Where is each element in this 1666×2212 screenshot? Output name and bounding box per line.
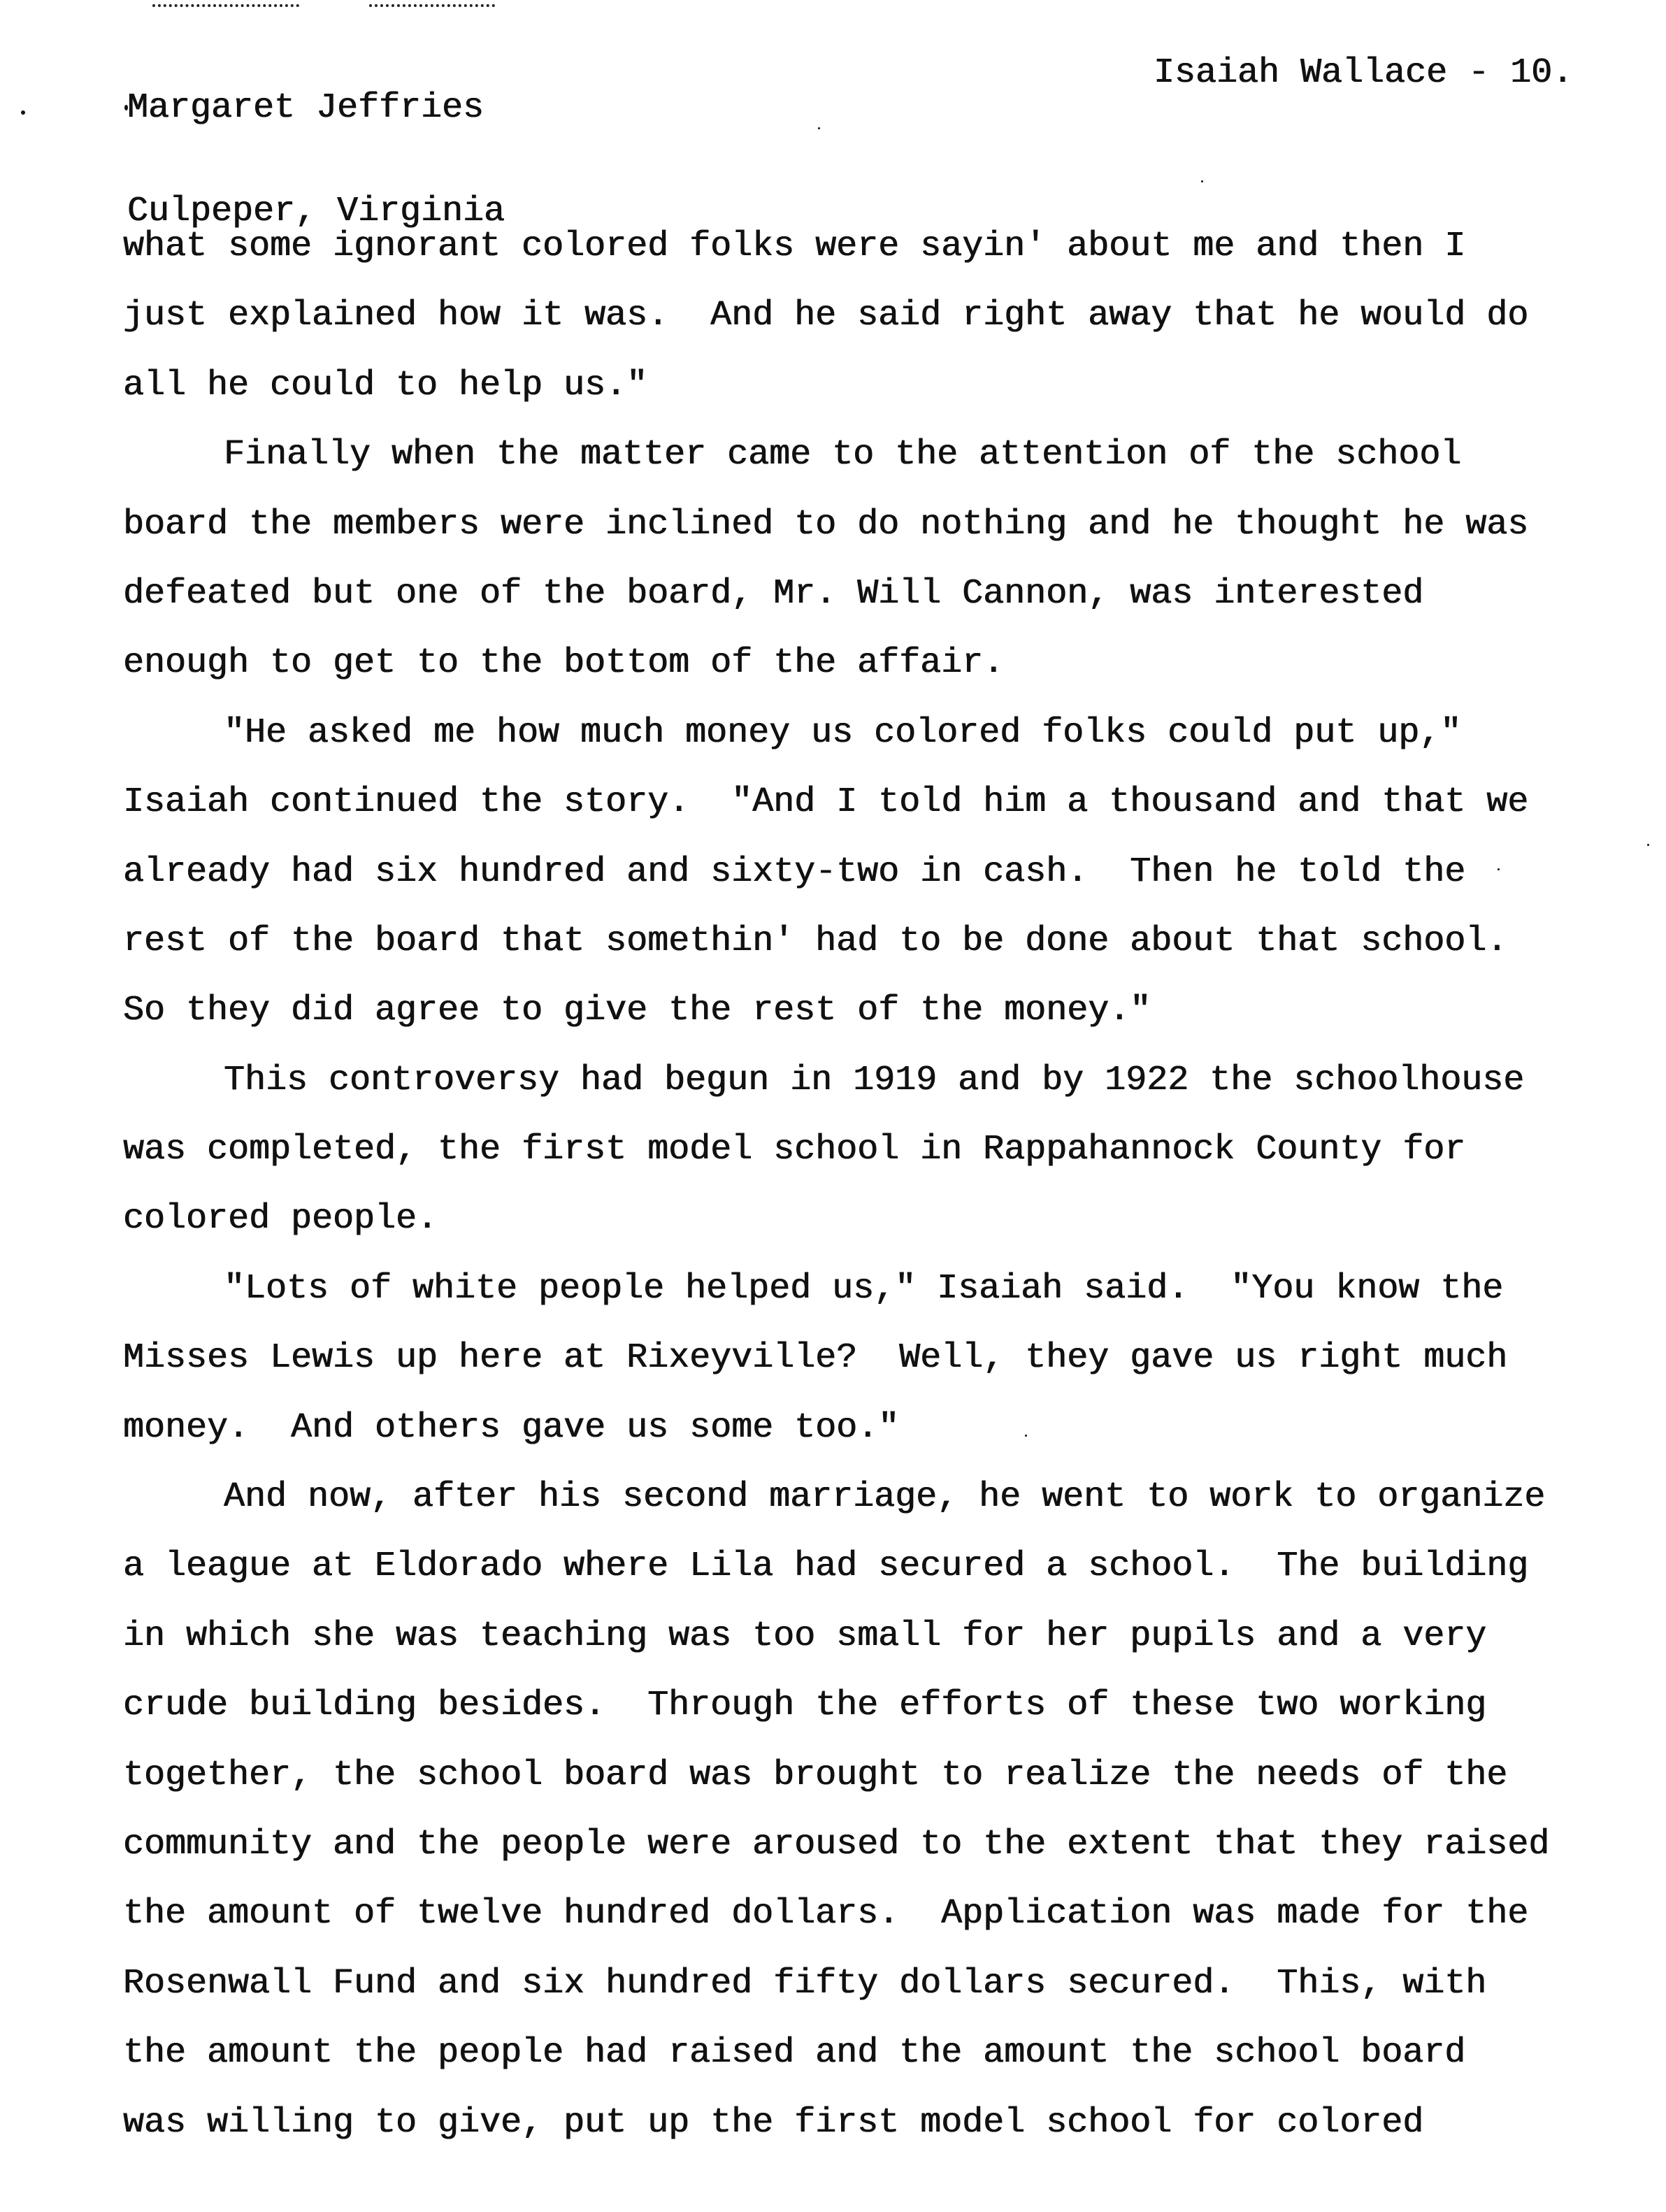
author-name: Margaret Jeffries — [127, 91, 505, 124]
body-line: a league at Eldorado where Lila had secu… — [123, 1549, 1556, 1618]
top-strike-mark-left — [152, 4, 299, 10]
document-page: Margaret Jeffries Culpeper, Virginia Isa… — [0, 0, 1666, 2212]
body-line: the amount of twelve hundred dollars. Ap… — [123, 1897, 1556, 1966]
scan-speck — [1201, 180, 1203, 182]
body-line: enough to get to the bottom of the affai… — [123, 646, 1556, 715]
body-line: Rosenwall Fund and six hundred fifty dol… — [123, 1967, 1556, 2036]
body-line: the amount the people had raised and the… — [123, 2036, 1556, 2105]
document-body: what some ignorant colored folks were sa… — [123, 229, 1556, 2175]
body-line: already had six hundred and sixty-two in… — [123, 855, 1556, 924]
body-line: This controversy had begun in 1919 and b… — [123, 1063, 1556, 1133]
body-line: together, the school board was brought t… — [123, 1758, 1556, 1827]
body-line: And now, after his second marriage, he w… — [123, 1480, 1556, 1549]
scan-speck — [1647, 844, 1649, 846]
body-line: Isaiah continued the story. "And I told … — [123, 785, 1556, 854]
body-line: money. And others gave us some too." — [123, 1411, 1556, 1480]
body-line: colored people. — [123, 1202, 1556, 1271]
document-title-page-number: Isaiah Wallace - 10. — [1154, 53, 1573, 93]
body-line: Finally when the matter came to the atte… — [123, 438, 1556, 507]
body-line: community and the people were aroused to… — [123, 1827, 1556, 1897]
scan-speck — [124, 105, 128, 110]
page-header-right: Isaiah Wallace - 10. — [1070, 21, 1573, 126]
body-line: was completed, the first model school in… — [123, 1133, 1556, 1202]
body-line: what some ignorant colored folks were sa… — [123, 229, 1556, 299]
body-line: "Lots of white people helped us," Isaiah… — [123, 1272, 1556, 1341]
body-line: board the members were inclined to do no… — [123, 508, 1556, 577]
body-line: defeated but one of the board, Mr. Will … — [123, 577, 1556, 646]
author-location: Culpeper, Virginia — [127, 194, 505, 228]
body-line: crude building besides. Through the effo… — [123, 1688, 1556, 1758]
scan-speck — [21, 110, 25, 115]
body-line: all he could to help us." — [123, 368, 1556, 438]
body-line: just explained how it was. And he said r… — [123, 299, 1556, 368]
body-line: "He asked me how much money us colored f… — [123, 716, 1556, 785]
body-line: in which she was teaching was too small … — [123, 1619, 1556, 1688]
top-strike-mark-right — [369, 4, 495, 10]
body-line: rest of the board that somethin' had to … — [123, 924, 1556, 993]
body-line: So they did agree to give the rest of th… — [123, 993, 1556, 1063]
scan-speck — [818, 127, 820, 129]
body-line: was willing to give, put up the first mo… — [123, 2106, 1556, 2175]
body-line: Misses Lewis up here at Rixeyville? Well… — [123, 1341, 1556, 1410]
